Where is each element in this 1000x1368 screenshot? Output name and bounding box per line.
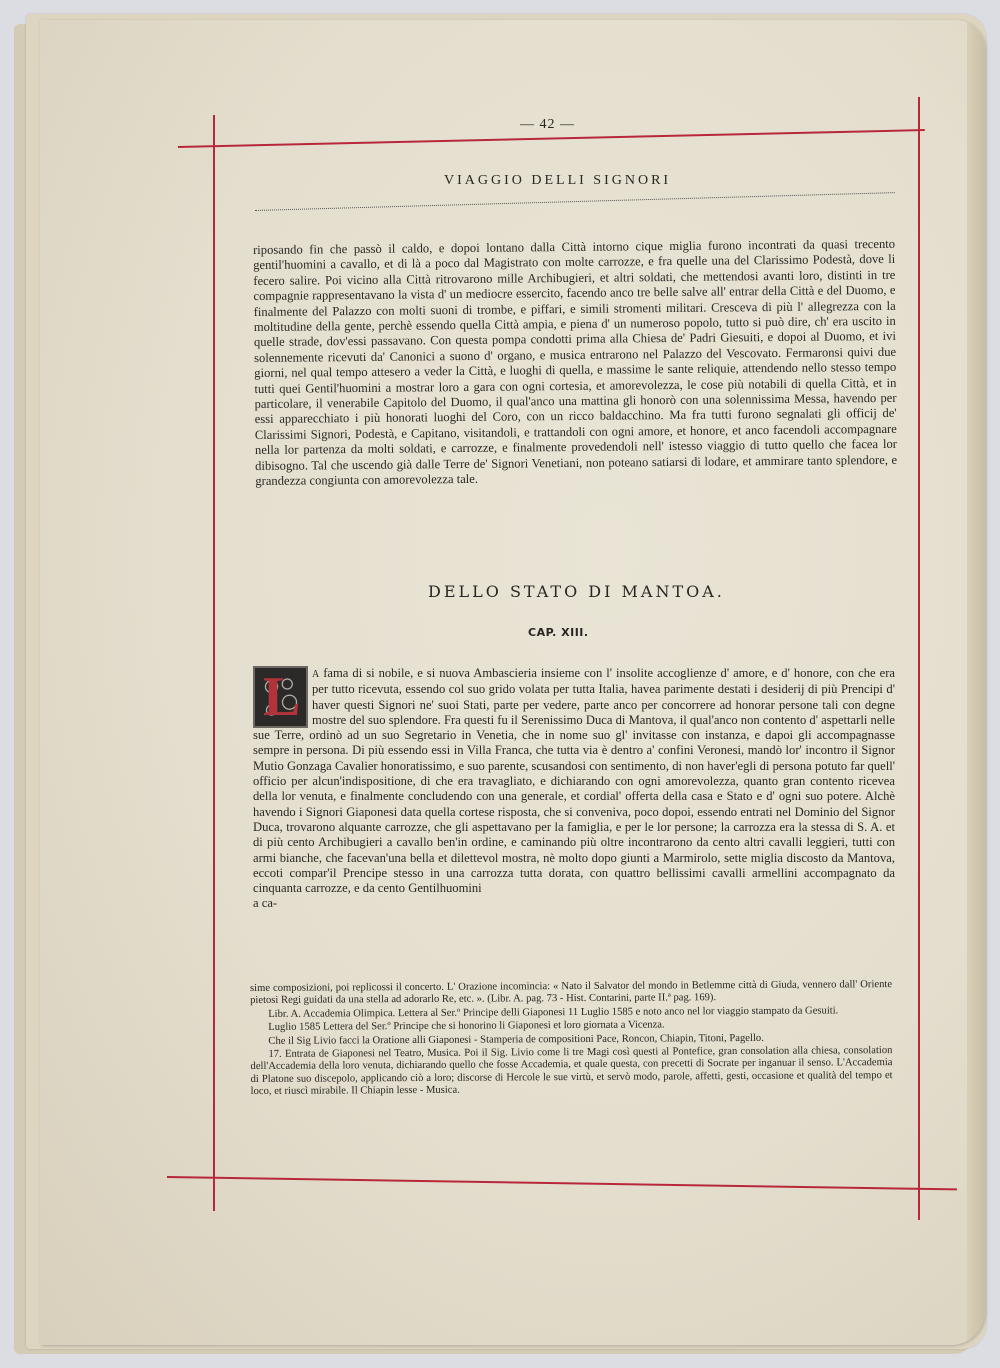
footnotes: sime composizioni, poi replicossi il con… [250, 979, 893, 1100]
continuation-paragraph: riposando fin che passò il caldo, e dopo… [253, 237, 897, 490]
page-number: — 42 — [520, 117, 575, 133]
dropcap-letter: L [263, 668, 300, 726]
page-curl-spine [967, 20, 985, 1345]
chapter-title: DELLO STATO DI MANTOA. [428, 582, 725, 601]
catchword: a ca- [253, 896, 895, 911]
ornamental-dropcap: L [253, 666, 308, 728]
frame-rule-right [918, 97, 920, 1220]
footnote: sime composizioni, poi replicossi il con… [250, 979, 892, 1008]
footnote: 17. Entrata de Giaponesi nel Teatro, Mus… [250, 1045, 892, 1099]
chapter-body: fama di si nobile, e si nuova Ambascieri… [253, 666, 895, 895]
running-head: VIAGGIO DELLI SIGNORI [444, 173, 671, 189]
frame-rule-left [213, 115, 215, 1211]
chapter-number: CAP. XIII. [528, 626, 589, 639]
chapter-paragraph: L A fama di si nobile, e si nuova Ambasc… [253, 666, 895, 912]
